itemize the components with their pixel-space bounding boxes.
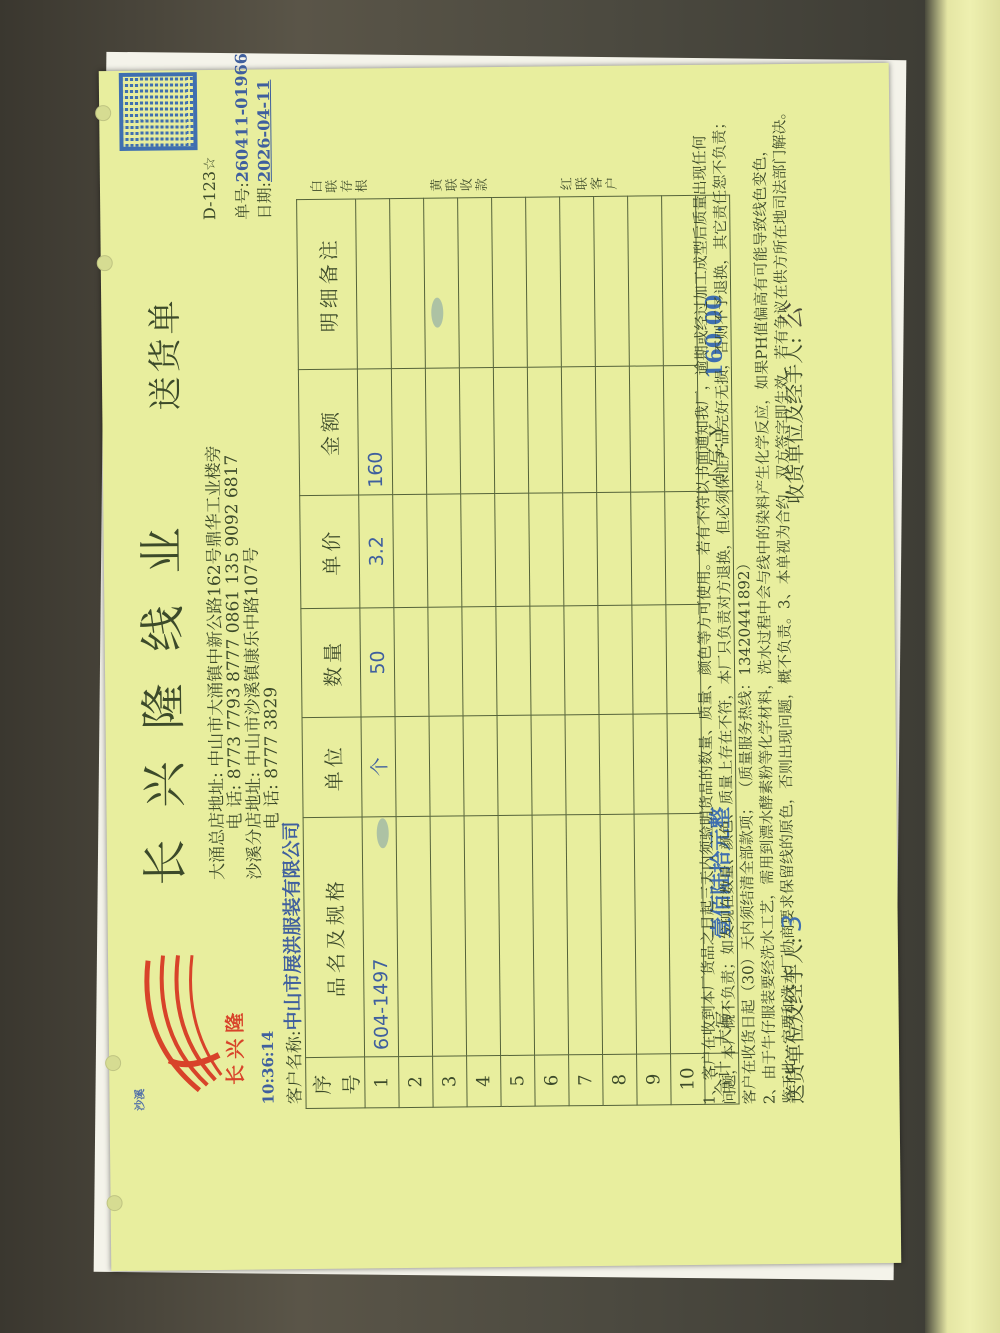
cell-price — [563, 492, 598, 606]
cell-qty — [598, 605, 633, 714]
cell-note — [492, 197, 528, 367]
cell-name: 604-1497 — [362, 817, 399, 1057]
ink-smudge — [431, 298, 443, 328]
col-header-amount: 金额 — [298, 369, 358, 495]
branch-phone: 8777 3829 — [261, 687, 282, 779]
date-value: 2026-04-11 — [254, 80, 274, 183]
cell-name — [566, 814, 603, 1054]
cell-price — [597, 492, 632, 606]
cell-name — [464, 815, 501, 1055]
cell-amount — [391, 368, 426, 494]
cell-unit — [531, 715, 566, 815]
cell-qty — [394, 608, 429, 717]
cell-qty — [428, 607, 463, 716]
items-table: 序号 品名及规格 单位 数量 单价 金额 明细备注 1 604-1497 个 5… — [296, 195, 740, 1109]
sender-signature-line: 送货单位及经手人: 3 — [778, 914, 810, 1104]
cell-unit — [429, 716, 464, 816]
cell-note — [628, 196, 664, 366]
cell-note — [560, 196, 596, 366]
cell-qty — [530, 606, 565, 715]
col-header-name: 品名及规格 — [303, 817, 365, 1057]
cell-name — [600, 814, 637, 1054]
cell-note — [526, 197, 562, 367]
cell-amount: 160 — [357, 369, 392, 495]
receiver-signature-line: 收货单位及经手人: 公 — [771, 305, 810, 505]
cell-qty — [496, 607, 531, 716]
form-code: D-123☆ — [200, 156, 220, 220]
customer-label: 客户名称: — [285, 1030, 306, 1104]
print-time: 10:36:14 — [259, 1031, 278, 1105]
col-header-no: 序号 — [306, 1057, 366, 1109]
cell-unit: 个 — [361, 717, 396, 817]
table-header-row: 序号 品名及规格 单位 数量 单价 金额 明细备注 — [297, 199, 366, 1109]
cell-price — [631, 491, 666, 605]
cell-unit — [395, 716, 430, 816]
order-number-label: 单号: — [233, 182, 252, 220]
cell-price — [427, 493, 462, 607]
cell-no: 3 — [433, 1056, 468, 1108]
document-title: 送货单 — [137, 296, 187, 411]
cell-note — [458, 198, 494, 368]
cell-name — [396, 816, 433, 1056]
cell-qty: 50 — [360, 608, 395, 717]
cell-amount — [595, 366, 630, 492]
cell-qty — [632, 605, 667, 714]
delivery-note: 沙溪 长兴隆 长兴隆线业 送货单 大涌总店地址: 中山市大涌镇中新公路162号鼎… — [99, 63, 902, 1271]
cell-note — [390, 198, 426, 368]
cell-unit — [497, 715, 532, 815]
cell-unit — [599, 714, 634, 814]
cell-no: 8 — [603, 1054, 638, 1106]
cell-amount — [629, 366, 664, 492]
cell-no: 7 — [569, 1054, 604, 1106]
cell-unit — [463, 716, 498, 816]
cell-price: 3.2 — [359, 494, 394, 608]
col-header-qty: 数量 — [301, 608, 361, 717]
cell-name — [634, 814, 671, 1054]
cell-price — [529, 492, 564, 606]
col-header-price: 单价 — [300, 495, 360, 609]
copy-label-red: 红联客户 — [560, 176, 620, 191]
branch-phone-line: 电 话: 8777 3829 — [256, 687, 282, 830]
logo-subtitle: 长兴隆 — [219, 1007, 249, 1085]
cell-no: 5 — [501, 1055, 536, 1107]
order-date: 日期:2026-04-11 — [251, 80, 275, 220]
cell-note — [594, 196, 630, 366]
col-header-note: 明细备注 — [297, 199, 358, 370]
cell-amount — [561, 367, 596, 493]
cell-name — [430, 816, 467, 1056]
sender-signature: 3 — [778, 914, 808, 931]
cell-amount — [493, 367, 528, 493]
cell-note — [424, 198, 460, 368]
copy-label-white: 白联存根 — [310, 178, 370, 193]
cell-price — [461, 493, 496, 607]
cell-price — [393, 494, 428, 608]
qr-code-icon — [119, 72, 198, 151]
cell-note — [356, 199, 392, 369]
customer-name: 中山市展洪服装有限公司 — [281, 821, 305, 1030]
order-number-value: 260411-01966 — [232, 53, 252, 182]
cell-name — [498, 815, 535, 1055]
cell-no: 4 — [467, 1055, 502, 1107]
sender-label: 送货单位及经手人: — [782, 937, 808, 1104]
ink-smudge — [377, 818, 389, 848]
cell-no: 6 — [535, 1055, 570, 1107]
company-name: 长兴隆线业 — [125, 495, 195, 886]
cell-qty — [462, 607, 497, 716]
receiver-label: 收货单位及经手人: — [782, 337, 808, 504]
cell-amount — [527, 367, 562, 493]
cell-name — [532, 815, 569, 1055]
cell-unit — [565, 715, 600, 815]
copy-label-yellow: 黄联收款 — [430, 177, 490, 192]
date-label: 日期: — [255, 182, 274, 220]
cell-price — [495, 493, 530, 607]
cell-amount — [425, 368, 460, 494]
col-header-unit: 单位 — [302, 717, 362, 817]
cell-unit — [633, 714, 668, 814]
cell-no: 2 — [399, 1056, 434, 1108]
order-number: 单号:260411-01966 — [229, 53, 254, 220]
receiver-signature: 公 — [777, 305, 807, 331]
header: 沙溪 长兴隆 长兴隆线业 送货单 大涌总店地址: 中山市大涌镇中新公路162号鼎… — [99, 69, 312, 1271]
cell-no: 9 — [637, 1054, 672, 1106]
cell-qty — [564, 606, 599, 715]
adjacent-paper-stack — [925, 0, 1000, 1333]
cell-no: 1 — [365, 1056, 400, 1108]
cell-amount — [459, 368, 494, 494]
